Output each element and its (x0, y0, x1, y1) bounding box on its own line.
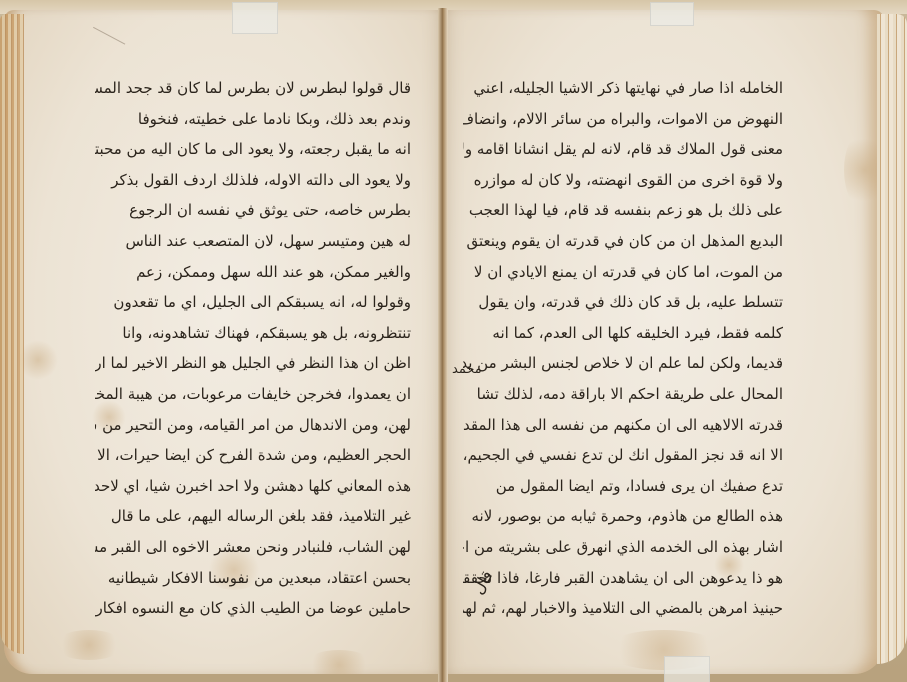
text-line: انه ما يقبل رجعته، ولا يعود الى ما كان ا… (95, 134, 411, 165)
text-line: غير التلاميذ، فقد بلغن الرساله اليهم، عل… (95, 501, 411, 532)
text-line: على ذلك بل هو زعم بنفسه قد قام، فيا لهذا… (463, 195, 783, 226)
text-line: كلمه فقط، فيرد الخليقه كلها الى العدم، ك… (463, 318, 783, 349)
text-line: الا انه قد نجز المقول انك لن تدع نفسي في… (463, 440, 783, 471)
text-line: قدرته الالاهيه الى ان مكنهم من نفسه الى … (463, 410, 783, 441)
text-line: ان يعمدوا، فخرجن خايفات مرعوبات، من هيبة… (95, 379, 411, 410)
text-line: تتسلط عليه، بل قد كان ذلك في قدرته، وان … (463, 287, 783, 318)
text-line: هذه المعاني كلها دهشن ولا احد اخبرن شيا،… (95, 471, 411, 502)
text-line: لهن، ومن الاندهال من امر القيامه، ومن ال… (95, 410, 411, 441)
left-fore-edge (0, 14, 24, 654)
foxing-stain (18, 340, 58, 380)
text-line: وندم بعد ذلك، وبكا نادما على خطيته، فنخو… (95, 104, 411, 135)
text-line: اشار بهذه الى الخدمه الذي انهرق على بشري… (463, 532, 783, 563)
text-line: له هين ومتيسر سهل، لان المتصعب عند الناس (95, 226, 411, 257)
text-line: بطرس خاصه، حتى يوثق في نفسه ان الرجوع (95, 195, 411, 226)
text-line: معنى قول الملاك قد قام، لانه لم يقل انشا… (463, 134, 783, 165)
book-gutter (438, 8, 448, 682)
text-line: المحال على طريقة احكم الا باراقة دمه، لذ… (463, 379, 783, 410)
text-line: حينيذ امرهن بالمضي الى التلاميذ والاخبار… (463, 593, 783, 624)
text-line: قديما، ولكن لما علم ان لا خلاص لجنس البش… (463, 348, 783, 379)
text-line: ولا يعود الى دالته الاوله، فلذلك اردف ال… (95, 165, 411, 196)
text-line: الحجر العظيم، ومن شدة الفرح كن ايضا حيرا… (95, 440, 411, 471)
open-manuscript-book: قال قولوا لبطرس لان بطرس لما كان قد جحد … (0, 0, 907, 682)
text-line: النهوض من الاموات، والبراه من سائر الالا… (463, 104, 783, 135)
text-line: قال قولوا لبطرس لان بطرس لما كان قد جحد … (95, 73, 411, 104)
text-line: بحسن اعتقاد، مبعدين من نفوسنا الافكار شي… (95, 563, 411, 594)
repair-tape (664, 656, 710, 682)
marginal-note: محمد (452, 362, 482, 377)
left-page-text: قال قولوا لبطرس لان بطرس لما كان قد جحد … (95, 73, 411, 624)
text-line: والغير ممكن، هو عند الله سهل وممكن، زعم (95, 257, 411, 288)
text-line: لهن الشاب، فلنبادر ونحن معشر الاخوه الى … (95, 532, 411, 563)
repair-tape (232, 2, 278, 34)
water-stain (304, 650, 374, 674)
text-line: اظن ان هذا النظر في الجليل هو النظر الاخ… (95, 348, 411, 379)
text-line: الخامله اذا صار في نهايتها ذكر الاشيا ال… (463, 73, 783, 104)
text-line: وقولوا له، انه يسبقكم الى الجليل، اي ما … (95, 287, 411, 318)
text-line: البديع المذهل ان من كان في قدرته ان يقوم… (463, 226, 783, 257)
repair-tape (650, 2, 694, 26)
text-line: من الموت، اما كان في قدرته ان يمنع الايا… (463, 257, 783, 288)
text-line: هو ذا يدعوهن الى ان يشاهدن القبر فارغا، … (463, 563, 783, 594)
text-line: تدع صفيك ان يرى فسادا، وتم ايضا المقول م… (463, 471, 783, 502)
text-line: ولا قوة اخرى من القوى انهضته، ولا كان له… (463, 165, 783, 196)
text-line: حاملين عوضا من الطيب الذي كان مع النسوه … (95, 593, 411, 624)
water-stain (54, 630, 124, 660)
right-page-text: الخامله اذا صار في نهايتها ذكر الاشيا ال… (463, 73, 783, 624)
right-fore-edge (877, 14, 907, 664)
text-line: تنتظرونه، بل هو يسبقكم، فهناك تشاهدونه، … (95, 318, 411, 349)
text-line: هذه الطالع من هاذوم، وحمرة ثيابه من بوصو… (463, 501, 783, 532)
